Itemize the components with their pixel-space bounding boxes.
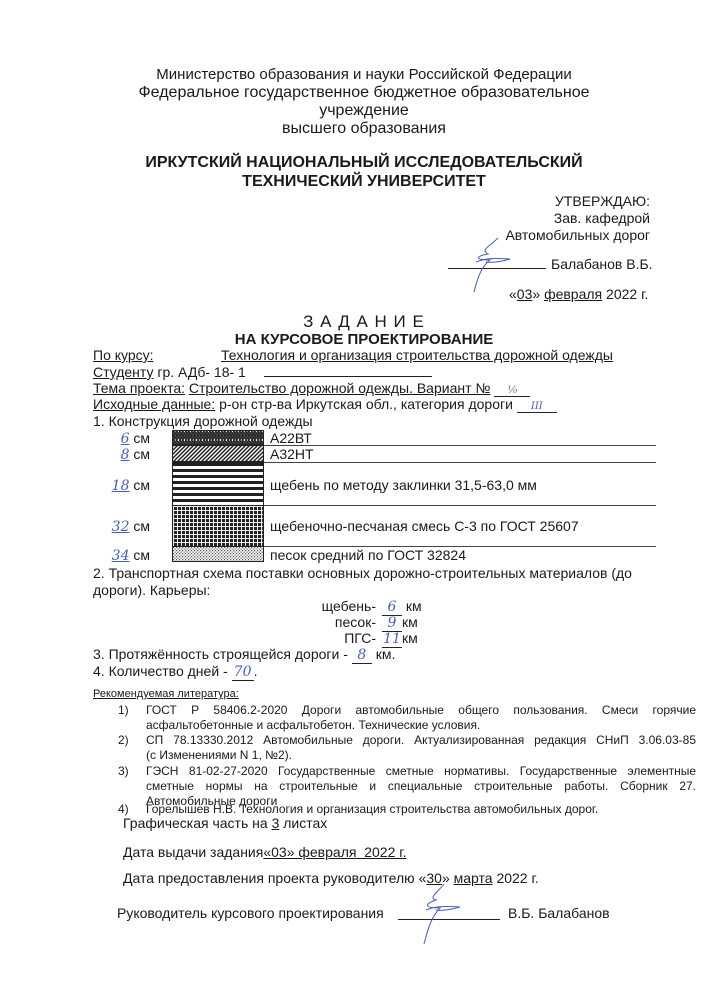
source-row: Исходные данные: р-он стр-ва Иркутская о… [93,396,557,413]
days-row: 4. Количество дней - 70. [93,663,257,681]
road-category-handwritten: III [517,401,557,413]
layer-3-thickness: 18 см [112,477,150,494]
construction-heading: 1. Конструкция дорожной одежды [93,413,313,429]
layer-2-material: А32НТ [270,446,314,462]
institution-line-2: учреждение [0,102,728,120]
institution-line-3: высшего образования [0,120,728,138]
layer-3-hatch [172,462,264,506]
student-row: Студенту гр. АДб- 18- 1 [93,364,432,380]
institution-line-1: Федеральное государственное бюджетное об… [0,84,728,102]
layer-1-material: А22ВТ [270,430,312,446]
quarry-pgs-label: ПГС- [0,630,376,646]
days-value: 70 [232,664,254,681]
layer-5-hatch [172,546,264,562]
graphic-sheet-count: 3 [272,815,280,831]
student-label: Студенту [93,364,153,380]
layer-5-thickness: 34 см [112,547,150,564]
road-length-row: 3. Протяжённость строящейся дороги - 8 к… [93,646,395,664]
supervisor-signature-icon [410,882,480,948]
transport-heading-2: дороги). Карьеры: [93,582,210,598]
student-name-blank [264,376,432,377]
course-value: Технология и организация строительства д… [221,347,613,363]
layer-1-divider [264,445,656,446]
road-length-value: 8 [352,647,372,664]
course-row: По курсу: [93,347,154,363]
topic-label: Тема проекта: [93,380,185,396]
approval-date-day: 03 [517,286,533,302]
approval-date-year: 2022 г. [606,286,648,302]
layer-4-thickness: 32 см [112,518,150,535]
layer-4-hatch [172,505,264,547]
literature-item-1: 1) ГОСТ Р 58406.2-2020 Дороги автомобиль… [118,703,696,733]
layer-3-divider [264,505,656,506]
layer-5-material: песок средний по ГОСТ 32824 [270,547,466,563]
layer-2-divider [264,462,656,463]
graphic-part-row: Графическая часть на 3 листах [123,815,327,831]
layer-1-thickness: 6 см [121,430,150,447]
layer-2-thickness: 8 см [121,446,150,463]
supervisor-label: Руководитель курсового проектирования [117,905,384,921]
source-label: Исходные данные: [93,396,215,412]
literature-item-2: 2) СП 78.13330.2012 Автомобильные дороги… [118,733,696,763]
document-subtitle: НА КУРСОВОЕ ПРОЕКТИРОВАНИЕ [0,331,728,348]
approval-position: Зав. кафедрой [0,210,650,226]
topic-row: Тема проекта: Строительство дорожной оде… [93,380,530,397]
approval-date: «03» февраля 2022 г. [509,286,648,302]
course-label: По курсу: [93,347,154,363]
literature-heading: Рекомендуемая литература: [93,688,239,700]
approval-department: Автомобильных дорог [0,227,650,243]
layer-1-hatch [172,430,264,445]
quarry-sand-label: песок- [0,614,376,630]
approve-label: УТВЕРЖДАЮ: [0,193,650,209]
university-line-1: ИРКУТСКИЙ НАЦИОНАЛЬНЫЙ ИССЛЕДОВАТЕЛЬСКИЙ [0,154,728,172]
transport-heading-1: 2. Транспортная схема поставки основных … [93,565,632,581]
quarry-gravel-label: щебень- [0,598,376,614]
issue-date-row: Дата выдачи задания«03» февраля 2022 г. [123,844,407,860]
layer-2-hatch [172,445,264,462]
topic-value: Строительство дорожной одежды. Вариант № [189,380,491,396]
source-value: р-он стр-ва Иркутская обл., категория до… [219,396,513,412]
layer-3-material: щебень по методу заклинки 31,5-63,0 мм [270,477,537,493]
ministry-line: Министерство образования и науки Российс… [0,66,728,83]
approval-date-month: февраля [544,286,602,302]
issue-date-value: «03» февраля 2022 г. [263,844,406,860]
layer-4-material: щебеночно-песчаная смесь С-3 по ГОСТ 256… [270,518,579,534]
document-title: З А Д А Н И Е [0,312,728,332]
university-line-2: ТЕХНИЧЕСКИЙ УНИВЕРСИТЕТ [0,173,728,191]
supervisor-name: В.Б. Балабанов [508,905,610,921]
approval-name: Балабанов В.Б. [551,256,653,272]
student-group: гр. АДб- 18- 1 [157,364,245,380]
